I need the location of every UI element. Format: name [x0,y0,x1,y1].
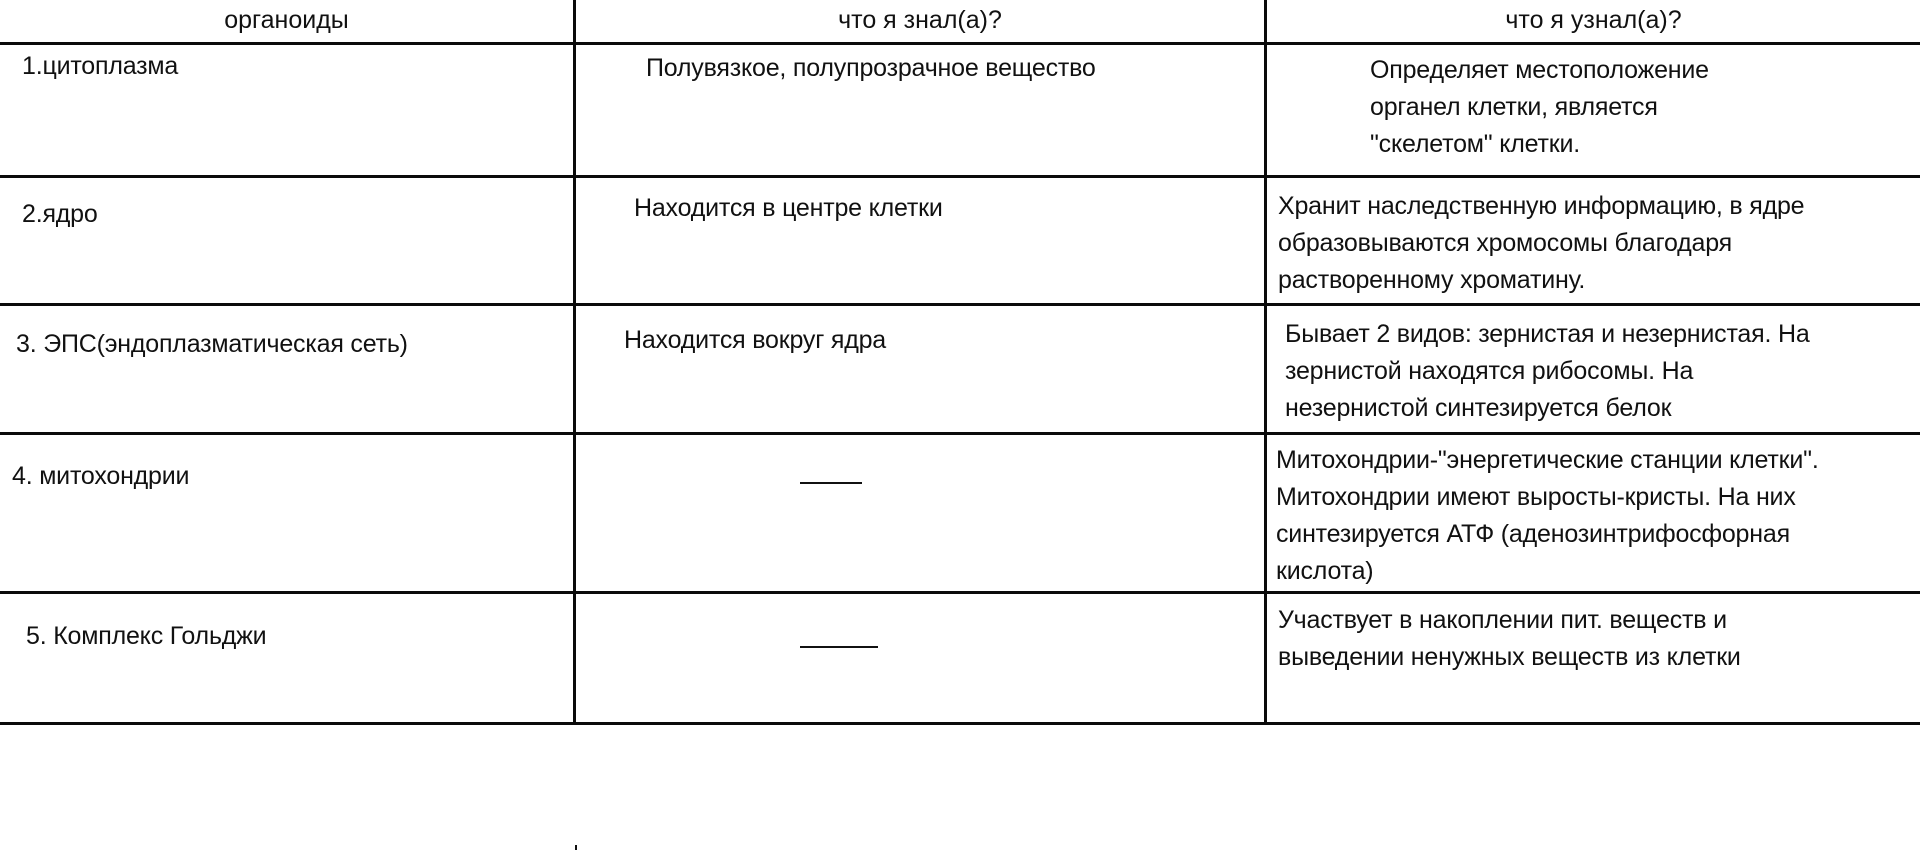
organoid-cell: 3. ЭПС(эндоплазматическая сеть) [16,326,408,363]
learned-cell: Бывает 2 видов: зернистая и незернистая.… [1285,316,1810,427]
learned-cell: Участвует в накоплении пит. веществ и вы… [1278,602,1741,676]
header-organoids: органоиды [0,6,573,35]
header-divider [0,42,1920,45]
known-cell: Находится вокруг ядра [624,322,886,359]
organoid-cell: 1.цитоплазма [22,48,178,85]
organoid-cell: 5. Комплекс Гольджи [26,618,266,655]
organoid-cell: 2.ядро [22,196,98,233]
learned-cell: Митохондрии-"энергетические станции клет… [1276,442,1819,590]
row-divider-1 [0,175,1920,178]
stray-pen-mark [575,845,577,850]
known-cell: Полувязкое, полупрозрачное вещество [646,50,1096,87]
row-divider-2 [0,303,1920,306]
column-divider-1 [573,0,576,725]
row-divider-3 [0,432,1920,435]
row-divider-4 [0,591,1920,594]
header-what-i-knew: что я знал(а)? [576,6,1264,35]
learned-cell: Хранит наследственную информацию, в ядре… [1278,188,1804,299]
learned-cell: Определяет местоположение органел клетки… [1370,52,1709,163]
column-divider-2 [1264,0,1267,725]
header-what-i-learned: что я узнал(а)? [1267,6,1920,35]
organoid-cell: 4. митохондрии [12,458,189,495]
table-bottom-border [0,722,1920,725]
known-cell: Находится в центре клетки [634,190,943,227]
empty-value-dash [800,482,862,484]
empty-value-dash [800,646,878,648]
